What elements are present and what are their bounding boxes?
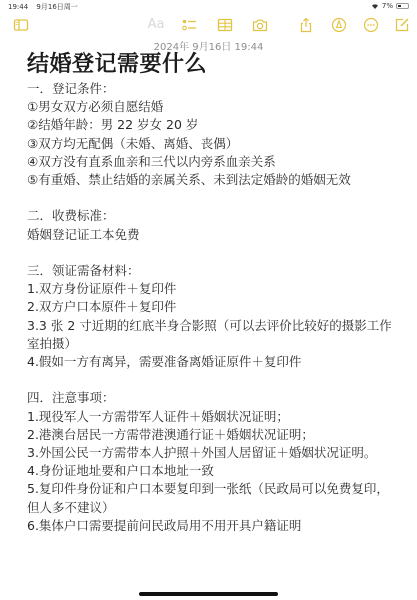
battery-charging-icon — [396, 3, 409, 9]
table-icon[interactable] — [216, 16, 234, 34]
status-bar: 19:44 9月16日周一 7% — [0, 0, 417, 12]
section-heading: 三．领证需备材料： — [27, 262, 397, 280]
list-item: 1.双方身份证原件＋复印件 — [27, 280, 397, 298]
compose-icon[interactable] — [393, 16, 411, 34]
sidebar-icon[interactable] — [12, 16, 30, 34]
list-item: ③双方均无配偶（未婚、离婚、丧偶） — [27, 135, 397, 153]
list-item: ④双方没有直系血亲和三代以内旁系血亲关系 — [27, 153, 397, 171]
list-item: 婚姻登记证工本免费 — [27, 226, 397, 244]
status-date: 9月16日周一 — [36, 3, 77, 11]
list-item: ⑤有重婚、禁止结婚的亲属关系、未到法定婚龄的婚姻无效 — [27, 171, 397, 189]
section-heading: 二．收费标准： — [27, 207, 397, 225]
list-item: 3.外国公民一方需带本人护照＋外国人居留证＋婚姻状况证明。 — [27, 444, 397, 462]
markup-pen-icon[interactable] — [330, 16, 348, 34]
list-item: 2.港澳台居民一方需带港澳通行证＋婚姻状况证明； — [27, 426, 397, 444]
note-title: 结婚登记需要什么 — [27, 50, 397, 80]
share-icon[interactable] — [297, 16, 315, 34]
wifi-icon — [371, 3, 379, 9]
format-text-button[interactable]: Aa — [147, 15, 165, 33]
section-heading: 四．注意事项： — [27, 389, 397, 407]
camera-icon[interactable] — [251, 16, 269, 34]
home-indicator[interactable] — [139, 592, 278, 596]
status-time: 19:44 — [8, 3, 28, 11]
list-item: 6.集体户口需要提前问民政局用不用开具户籍证明 — [27, 517, 397, 535]
battery-percent: 7% — [382, 2, 393, 10]
list-item: ①男女双方必须自愿结婚 — [27, 98, 397, 116]
section-heading: 一．登记条件： — [27, 80, 397, 98]
list-item: 4.假如一方有离异，需要准备离婚证原件＋复印件 — [27, 353, 397, 371]
list-item: ②结婚年龄：男 22 岁女 20 岁 — [27, 116, 397, 134]
note-body[interactable]: 结婚登记需要什么 一．登记条件： ①男女双方必须自愿结婚 ②结婚年龄：男 22 … — [27, 50, 397, 535]
toolbar: Aa — [0, 12, 417, 38]
list-item: 3.3 张 2 寸近期的红底半身合影照（可以去评价比较好的摄影工作室拍摄） — [27, 317, 397, 353]
list-item: 1.现役军人一方需带军人证件＋婚姻状况证明； — [27, 408, 397, 426]
list-item: 5.复印件身份证和户口本要复印到一张纸（民政局可以免费复印，但人多不建议） — [27, 480, 397, 516]
list-item: 2.双方户口本原件＋复印件 — [27, 298, 397, 316]
list-item: 4.身份证地址要和户口本地址一致 — [27, 462, 397, 480]
checklist-icon[interactable] — [180, 16, 198, 34]
ellipsis-circle-icon[interactable] — [362, 16, 380, 34]
